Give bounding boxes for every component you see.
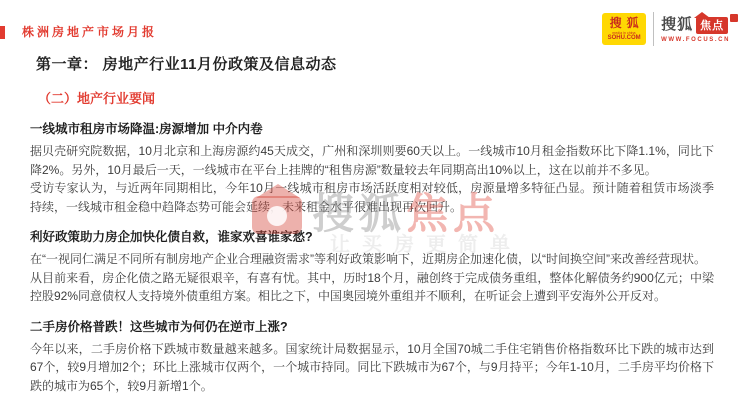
article-paragraph: 受访专家认为，与近两年同期相比，今年10月一线城市租房市场活跃度相对较低，房源量… [30, 179, 714, 216]
sohu-focus-logo-sohu-text: 搜狐 [661, 16, 693, 34]
sohu-logo-domain: SOHU.COM [608, 35, 641, 42]
report-page: 株洲房地产市场月报 搜狐 media in china SOHU.COM 搜狐 … [0, 0, 740, 416]
sohu-logo: 搜狐 media in china SOHU.COM [602, 13, 646, 45]
report-title: 株洲房地产市场月报 [22, 23, 157, 40]
article-secondhand-prices: 二手房价格普跌！这些城市为何仍在逆市上涨? 今年以来，二手房价格下跌城市数量越来… [30, 317, 714, 396]
chapter-title: 第一章： 房地产行业11月份政策及信息动态 [36, 53, 337, 74]
article-rental-market: 一线城市租房市场降温:房源增加 中介内卷 据贝壳研究院数据，10月北京和上海房源… [30, 119, 714, 216]
article-heading: 二手房价格普跌！这些城市为何仍在逆市上涨? [30, 317, 714, 335]
articles-content: 一线城市租房市场降温:房源增加 中介内卷 据贝壳研究院数据，10月北京和上海房源… [30, 119, 714, 406]
sohu-logo-subtext: media in china [613, 30, 636, 35]
article-debt-policy: 利好政策助力房企加快化债自救，谁家欢喜谁家愁? 在“一视同仁满足不同所有制房地产… [30, 227, 714, 306]
left-accent-bar [0, 26, 5, 39]
logo-group: 搜狐 media in china SOHU.COM 搜狐 焦点 WWW.FOC… [602, 12, 734, 46]
section-label: （二）地产行业要闻 [38, 88, 155, 107]
article-paragraph: 在“一视同仁满足不同所有制房地产企业合理融资需求”等利好政策影响下，近期房企加速… [30, 250, 714, 269]
sohu-focus-logo-domain: WWW.FOCUS.CN [661, 37, 730, 43]
article-paragraph: 据贝壳研究院数据，10月北京和上海房源约45天成交，广州和深圳则要60天以上。一… [30, 142, 714, 179]
article-paragraph: 今年以来，二手房价格下跌城市数量越来越多。国家统计局数据显示，10月全国70城二… [30, 340, 714, 396]
article-heading: 一线城市租房市场降温:房源增加 中介内卷 [30, 119, 714, 137]
sohu-logo-text: 搜狐 [605, 17, 644, 30]
article-heading: 利好政策助力房企加快化债自救，谁家欢喜谁家愁? [30, 227, 714, 245]
sohu-focus-logo-row: 搜狐 焦点 [661, 16, 728, 34]
article-paragraph: 从目前来看，房企化债之路无疑很艰辛，有喜有忧。其中，历时18个月，融创终于完成债… [30, 269, 714, 306]
logo-divider [653, 12, 654, 46]
focus-house-icon: 焦点 [696, 17, 728, 34]
focus-seal-icon [730, 14, 738, 22]
sohu-focus-logo: 搜狐 焦点 WWW.FOCUS.CN [661, 16, 734, 43]
